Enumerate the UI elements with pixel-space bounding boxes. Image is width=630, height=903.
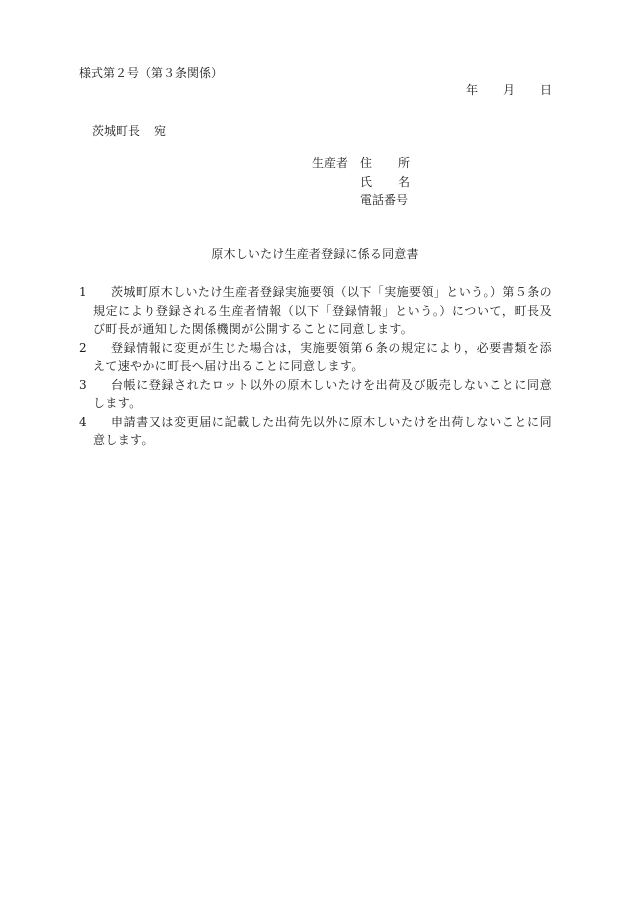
address-field-label: 住 所 [360, 156, 410, 175]
date-day-label: 日 [540, 83, 552, 97]
date-month-label: 月 [503, 83, 515, 97]
item-number: 2 [79, 339, 87, 358]
consent-item-2: 2 登録情報に変更が生じた場合は，実施要領第６条の規定により，必要書類を添えて速… [79, 339, 552, 376]
addressee: 茨城町長宛 [92, 124, 166, 138]
item-number: 3 [79, 376, 87, 395]
form-number: 様式第２号（第３条関係） [79, 66, 223, 80]
applicant-fields: 住 所 氏 名 電話番号 [360, 156, 410, 212]
item-text: 登録情報に変更が生じた場合は，実施要領第６条の規定により，必要書類を添えて速やか… [93, 339, 552, 376]
item-text: 申請書又は変更届に記載した出荷先以外に原木しいたけを出荷しないことに同意します。 [93, 413, 552, 450]
phone-field-label: 電話番号 [360, 193, 410, 212]
consent-item-1: 1 茨城町原木しいたけ生産者登録実施要領（以下「実施要領」という。）第５条の規定… [79, 283, 552, 339]
item-number: 4 [79, 413, 87, 432]
addressee-name: 茨城町長 [92, 124, 140, 138]
document-title: 原木しいたけ生産者登録に係る同意書 [0, 247, 630, 261]
consent-item-3: 3 台帳に登録されたロット以外の原木しいたけを出荷及び販売しないことに同意します… [79, 376, 552, 413]
name-label-right: 名 [398, 175, 410, 194]
name-label-left: 氏 [360, 175, 372, 194]
address-label-left: 住 [360, 156, 372, 175]
phone-label: 電話番号 [360, 193, 408, 212]
addressee-honorific: 宛 [154, 124, 166, 138]
date-year-label: 年 [466, 83, 478, 97]
item-number: 1 [79, 283, 87, 302]
producer-label: 生産者 [312, 156, 348, 170]
date-line: 年 月 日 [466, 83, 552, 97]
address-label-right: 所 [398, 156, 410, 175]
name-field-label: 氏 名 [360, 175, 410, 194]
consent-items: 1 茨城町原木しいたけ生産者登録実施要領（以下「実施要領」という。）第５条の規定… [79, 283, 552, 450]
item-text: 台帳に登録されたロット以外の原木しいたけを出荷及び販売しないことに同意します。 [93, 376, 552, 413]
item-text: 茨城町原木しいたけ生産者登録実施要領（以下「実施要領」という。）第５条の規定によ… [93, 283, 552, 339]
consent-item-4: 4 申請書又は変更届に記載した出荷先以外に原木しいたけを出荷しないことに同意しま… [79, 413, 552, 450]
